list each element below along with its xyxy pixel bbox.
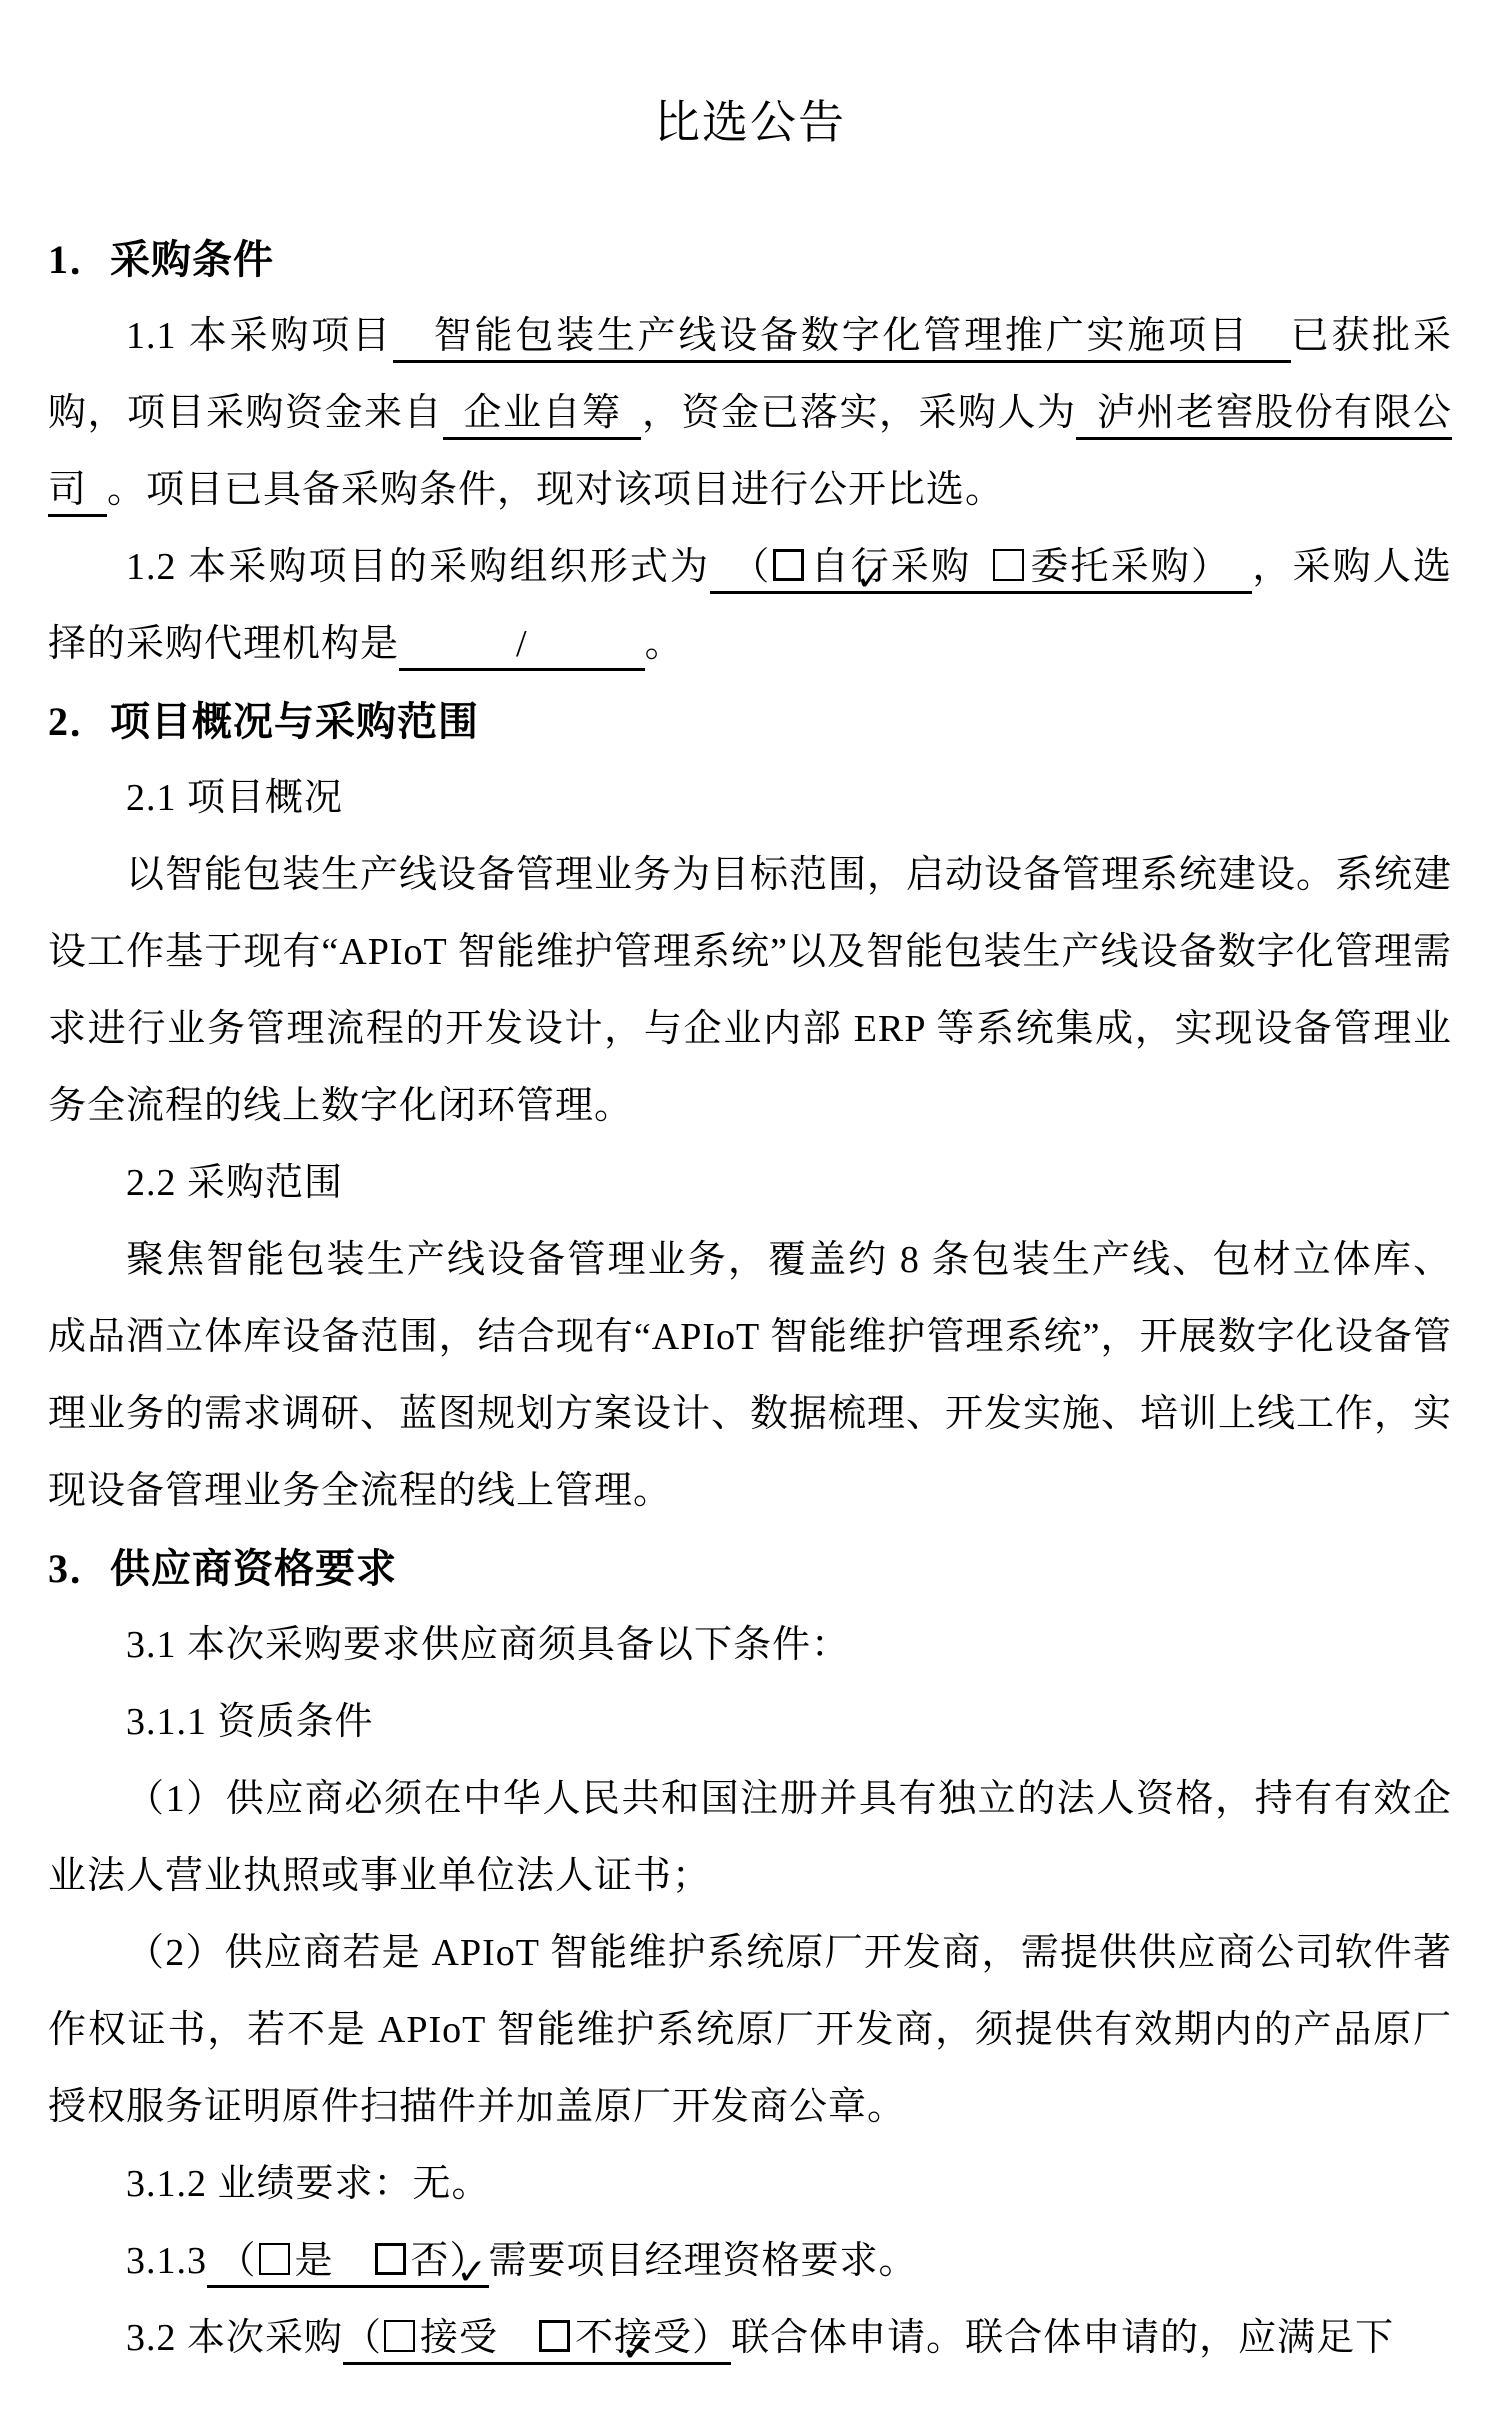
heading-1-procurement-conditions: 1．采购条件 (48, 221, 1452, 298)
underlined-field: 企业自筹 (443, 392, 642, 440)
checkbox-empty-icon (993, 549, 1024, 581)
para-3-1-2-performance: 3.1.2 业绩要求：无。 (48, 2146, 1452, 2223)
subheading-3-1-1-qualification: 3.1.1 资质条件 (48, 1684, 1452, 1761)
text-run: 2．项目概况与采购范围 (48, 699, 479, 744)
check-mark-icon: ✓ (543, 2311, 651, 2388)
text-run: 3.1 本次采购要求供应商须具备以下条件： (126, 1624, 850, 1666)
checkbox-checked-icon: ✓ (773, 549, 804, 581)
text-run: 3.1.3 (126, 2240, 207, 2282)
para-3-1-1-item-2: （2）供应商若是 APIoT 智能维护系统原厂开发商，需提供供应商公司软件著作权… (48, 1915, 1452, 2146)
text-run: 1.1 本采购项目 (126, 315, 393, 357)
text-run: （ (207, 2240, 257, 2282)
text-run: 3.1.2 业绩要求：无。 (126, 2163, 491, 2205)
checkbox-checked-icon: ✓ (375, 2243, 406, 2275)
text-run: 接受 (420, 2317, 537, 2359)
text-run: 需要项目经理资格要求。 (489, 2240, 918, 2282)
text-run: 。项目已具备采购条件，现对该项目进行公开比选。 (107, 469, 1004, 511)
text-run: 2.1 项目概况 (126, 777, 343, 819)
text-run: 1.2 本采购项目的采购组织形式为 (126, 546, 710, 588)
subheading-2-2-procurement-scope: 2.2 采购范围 (48, 1145, 1452, 1222)
text-run: / (399, 623, 645, 665)
check-mark-icon: ✓ (379, 2234, 487, 2311)
checkbox-empty-icon (259, 2243, 290, 2275)
text-run: 聚焦智能包装生产线设备管理业务，覆盖约 8 条包装生产线、包材立体库、成品酒立体… (48, 1239, 1452, 1512)
text-run: ，资金已落实，采购人为 (641, 392, 1076, 434)
text-run: 是 (295, 2240, 373, 2282)
para-3-2-consortium: 3.2 本次采购（接受 ✓不接受）联合体申请。联合体申请的，应满足下 (48, 2300, 1452, 2377)
text-run: 联合体申请。联合体申请的，应满足下 (731, 2317, 1394, 2359)
subheading-2-1-project-overview: 2.1 项目概况 (48, 760, 1452, 837)
checkbox-empty-icon (384, 2320, 415, 2352)
para-3-1-3-project-manager: 3.1.3 （是 ✓否）需要项目经理资格要求。 (48, 2223, 1452, 2300)
para-3-1-1-item-1: （1）供应商必须在中华人民共和国注册并具有独立的法人资格，持有有效企业法人营业执… (48, 1761, 1452, 1915)
text-run: 以智能包装生产线设备管理业务为目标范围，启动设备管理系统建设。系统建设工作基于现… (48, 854, 1452, 1127)
text-run: （ (343, 2317, 382, 2359)
text-run: （2）供应商若是 APIoT 智能维护系统原厂开发商，需提供供应商公司软件著作权… (48, 1932, 1452, 2128)
document-title: 比选公告 (48, 84, 1452, 161)
text-run: 2.2 采购范围 (126, 1162, 343, 1204)
underlined-field: / (399, 623, 645, 671)
para-2-1-overview-content: 以智能包装生产线设备管理业务为目标范围，启动设备管理系统建设。系统建设工作基于现… (48, 837, 1452, 1145)
text-run: 3.2 本次采购 (126, 2317, 343, 2359)
text-run: 3．供应商资格要求 (48, 1546, 397, 1591)
para-2-2-scope-content: 聚焦智能包装生产线设备管理业务，覆盖约 8 条包装生产线、包材立体库、成品酒立体… (48, 1222, 1452, 1530)
text-run: 智能包装生产线设备数字化管理推广实施项目 (393, 315, 1291, 357)
document-page: 比选公告 1．采购条件 1.1 本采购项目 智能包装生产线设备数字化管理推广实施… (0, 0, 1500, 2434)
underlined-field: 智能包装生产线设备数字化管理推广实施项目 (393, 315, 1291, 363)
text-run: （ (710, 546, 771, 588)
heading-2-project-overview-scope: 2．项目概况与采购范围 (48, 683, 1452, 760)
text-run: 3.1.1 资质条件 (126, 1701, 374, 1743)
underlined-field: （接受 ✓不接受） (343, 2317, 731, 2365)
para-1-2-organization-form: 1.2 本采购项目的采购组织形式为 （✓自行采购 委托采购） ，采购人选择的采购… (48, 529, 1452, 683)
para-1-1-project-approval: 1.1 本采购项目 智能包装生产线设备数字化管理推广实施项目 已获批采购，项目采… (48, 298, 1452, 529)
check-mark-icon: ✓ (777, 540, 885, 617)
subheading-3-1-conditions: 3.1 本次采购要求供应商须具备以下条件： (48, 1607, 1452, 1684)
text-run: 委托采购） (1029, 546, 1252, 588)
text-run: （1）供应商必须在中华人民共和国注册并具有独立的法人资格，持有有效企业法人营业执… (48, 1778, 1452, 1897)
underlined-field: （是 ✓否） (207, 2240, 489, 2288)
text-run: 1．采购条件 (48, 237, 274, 282)
heading-3-supplier-qualifications: 3．供应商资格要求 (48, 1530, 1452, 1607)
text-run: 。 (645, 623, 684, 665)
text-run: 企业自筹 (443, 392, 642, 434)
underlined-field: （✓自行采购 委托采购） (710, 546, 1252, 594)
checkbox-checked-icon: ✓ (539, 2320, 570, 2352)
